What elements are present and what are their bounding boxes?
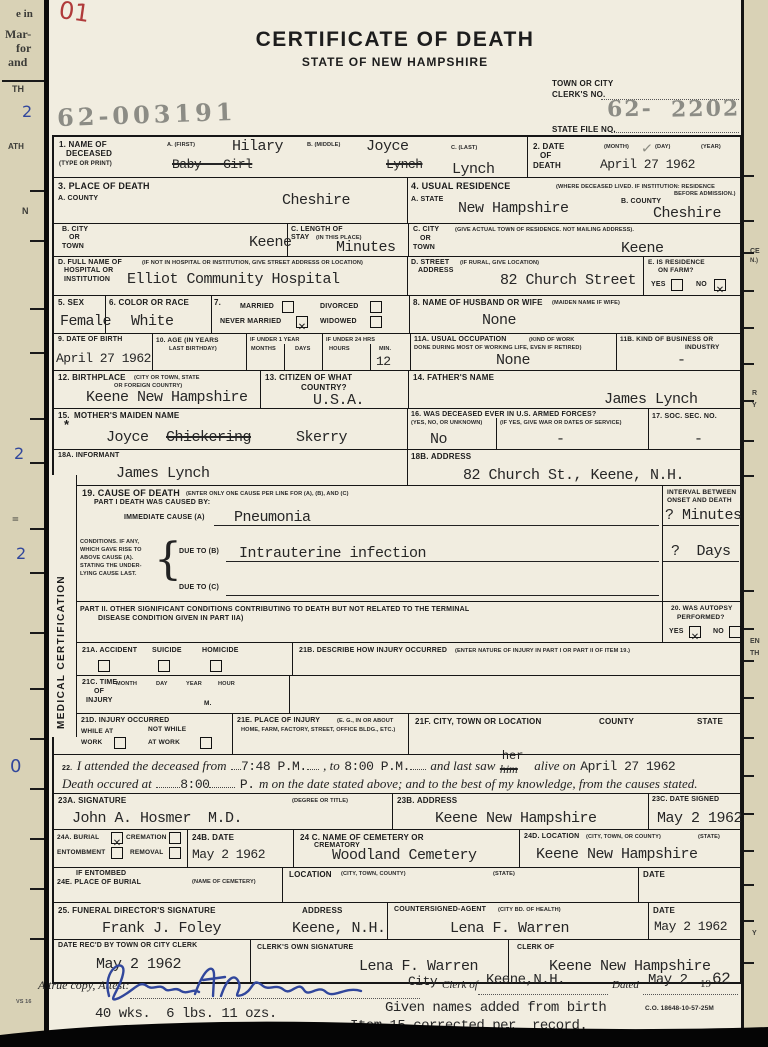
scanned-death-certificate: e in Mar- for and TH 2 ATH N 2 = 2 0 01 …	[0, 0, 768, 1047]
dod-label-3: DEATH	[533, 161, 561, 170]
margin-fragment: =	[12, 512, 19, 527]
year-col-label: YEAR	[186, 681, 202, 687]
agent-value: Lena F. Warren	[450, 920, 569, 937]
interval-a-value: ? Minutes	[665, 507, 742, 524]
hours-label: HOURS	[329, 346, 350, 352]
time-injury-label: 21C. TIME	[82, 679, 117, 686]
field-date-signed: 23C. DATE SIGNED May 2 1962	[649, 794, 740, 829]
town-or-city-label: TOWN OR CITY	[552, 79, 613, 88]
city-label-3: TOWN	[62, 243, 84, 250]
homicide-label: HOMICIDE	[202, 647, 239, 654]
residence-city-label-2: OR	[420, 235, 431, 242]
field-interval-onset-death: INTERVAL BETWEEN ONSET AND DEATH ? Minut…	[663, 486, 740, 601]
burial-date-label: 24B. DATE	[192, 833, 234, 842]
physician-address-value: Keene New Hampshire	[435, 810, 597, 827]
mother-label: MOTHER'S MAIDEN NAME	[74, 411, 179, 420]
forces-note-1: (YES, NO, OR UNKNOWN)	[411, 420, 482, 426]
row-mother-forces-ssn: 15. MOTHER'S MAIDEN NAME * Joyce Chicker…	[54, 409, 740, 450]
clerk-handwritten-signature	[95, 950, 370, 1008]
field-countersigned-agent: COUNTERSIGNED-AGENT (CITY BD. OF HEALTH)…	[388, 903, 649, 939]
field-kind-of-business: 11B. KIND OF BUSINESS OR INDUSTRY -	[617, 334, 740, 370]
hospital-label-3: INSTITUTION	[64, 276, 110, 283]
min-label: MIN.	[379, 346, 391, 352]
year-label: (YEAR)	[701, 144, 721, 150]
row-sex-race-marital: 5. SEX Female 6. COLOR OR RACE White 7. …	[54, 296, 740, 334]
row-name-date: 1. NAME OF DECEASED (TYPE OR PRINT) A. (…	[54, 137, 740, 178]
entombed-location-note: (CITY, TOWN, COUNTY)	[341, 871, 406, 877]
suicide-label: SUICIDE	[152, 647, 182, 654]
time-injury-label-2: OF	[94, 688, 104, 695]
right-fragment: EN	[750, 638, 760, 645]
fd-date-label: DATE	[653, 906, 675, 915]
removal-label: REMOVAL	[130, 849, 163, 856]
farm-label: E. IS RESIDENCE	[648, 259, 705, 266]
statement-text-4: alive on	[534, 758, 576, 773]
funeral-director-value: Frank J. Foley	[102, 920, 221, 937]
form-number: VS 16	[16, 999, 31, 1005]
burial-date-value: May 2 1962	[192, 847, 265, 862]
attended-from-value: 7:48 P.M.	[241, 759, 307, 774]
forces-value-2: -	[556, 431, 565, 448]
day-col-label: DAY	[156, 681, 168, 687]
field-injury-city: 21F. CITY, TOWN OR LOCATION COUNTY STATE	[409, 714, 740, 754]
margin-fragment: and	[8, 55, 27, 70]
field-place-of-death: 3. PLACE OF DEATH A. COUNTY Cheshire	[54, 178, 408, 223]
row-birth-age-occupation: 9. DATE OF BIRTH April 27 1962 10. AGE (…	[54, 334, 740, 371]
hospital-value: Elliot Community Hospital	[127, 271, 340, 288]
months-days-divider	[284, 344, 285, 370]
field-city-of-death: B. CITY OR TOWN Keene	[54, 224, 288, 256]
field-injury-at-work: 21D. INJURY OCCURRED WHILE AT NOT WHILE …	[54, 714, 233, 754]
statement-text-2: , to	[323, 758, 340, 773]
citizen-label: 13. CITIZEN OF WHAT	[265, 373, 352, 382]
never-married-label: NEVER MARRIED	[220, 318, 281, 325]
x-mark-icon: ✕	[691, 632, 699, 643]
farm-no-label: NO	[696, 281, 707, 288]
injury-state-label: STATE	[697, 717, 723, 726]
place-injury-label: 21E. PLACE OF INJURY	[237, 717, 320, 724]
scan-bottom-edge	[0, 1021, 768, 1047]
field-citizen: 13. CITIZEN OF WHAT COUNTRY? U.S.A.	[261, 371, 409, 408]
sex-label: 5. SEX	[58, 298, 84, 307]
forces-label: 16. WAS DECEASED EVER IN U.S. ARMED FORC…	[411, 411, 596, 418]
city-typed: City	[408, 974, 437, 989]
citizen-value: U.S.A.	[313, 392, 364, 409]
county-value: Cheshire	[282, 192, 350, 209]
field-fathers-name: 14. FATHER'S NAME James Lynch	[409, 371, 740, 408]
married-checkbox	[282, 301, 294, 313]
month-col-label: MONTH	[116, 681, 137, 687]
autopsy-no-checkbox	[729, 626, 741, 638]
last-name-label: C. (LAST)	[451, 145, 477, 151]
cemetery-name-note: (NAME OF CEMETERY)	[192, 879, 256, 885]
field-date-of-birth: 9. DATE OF BIRTH April 27 1962	[54, 334, 153, 370]
residence-city-value: Keene	[621, 240, 664, 257]
place-of-burial-label: 24E. PLACE OF BURIAL	[57, 879, 141, 886]
field-armed-forces: 16. WAS DECEASED EVER IN U.S. ARMED FORC…	[408, 409, 649, 449]
cause-label: 19. CAUSE OF DEATH	[82, 488, 180, 498]
burial-label: 24A. BURIAL	[57, 834, 99, 841]
print-code: C.O. 18648-10-57-25M	[645, 1005, 714, 1012]
year-printed: 19	[700, 978, 711, 990]
autopsy-yes-checkbox: ✕	[689, 626, 701, 638]
statement-number: 22.	[62, 765, 72, 772]
cause-a-value: Pneumonia	[234, 509, 311, 526]
clerk-of-italic: Clerk of	[442, 979, 478, 991]
pencil-check-icon: ✓	[640, 140, 653, 157]
work-label: WORK	[81, 739, 102, 746]
agent-label: COUNTERSIGNED-AGENT	[394, 906, 486, 913]
margin-handwriting: 2	[16, 544, 26, 563]
field-residence-on-farm: E. IS RESIDENCE ON FARM? YES NO ✕	[644, 257, 740, 295]
margin-fragment: TH	[12, 84, 24, 94]
cause-b-value: Intrauterine infection	[239, 545, 426, 562]
under-24hr-label: IF UNDER 24 HRS	[326, 337, 375, 343]
row-part2-autopsy: PART II. OTHER SIGNIFICANT CONDITIONS CO…	[54, 602, 740, 643]
field-birthplace: 12. BIRTHPLACE (CITY OR TOWN, STATE OR F…	[54, 371, 261, 408]
statement-text-3: and last saw	[430, 758, 495, 773]
street-value: 82 Church Street	[500, 272, 636, 289]
field-name-of-deceased: 1. NAME OF DECEASED (TYPE OR PRINT) A. (…	[54, 137, 528, 177]
burial-location-state-note: (STATE)	[698, 834, 720, 840]
month-label: (MONTH)	[604, 144, 629, 150]
due-to-c-label: DUE TO (C)	[179, 584, 219, 591]
under-1yr-label: IF UNDER 1 YEAR	[250, 337, 300, 343]
dod-label-2: OF	[540, 151, 552, 160]
field-burial-type: 24A. BURIAL ✕ CREMATION ENTOMBMENT REMOV…	[54, 830, 188, 867]
field-informant-address: 18B. ADDRESS 82 Church St., Keene, N.H.	[408, 450, 740, 485]
forces-note-2: (IF YES, GIVE WAR OR DATES OF SERVICE)	[500, 420, 622, 426]
field-marital-status: 7. MARRIED DIVORCED NEVER MARRIED ✕ WIDO…	[212, 296, 410, 333]
birthplace-note: (CITY OR TOWN, STATE	[134, 375, 200, 381]
not-at-work-checkbox	[200, 737, 212, 749]
field-soc-sec-no: 17. SOC. SEC. NO. -	[649, 409, 740, 449]
hour-col-label: HOUR	[218, 681, 235, 687]
place-injury-note-2: HOME, FARM, FACTORY, STREET, OFFICE BLDG…	[241, 727, 395, 733]
name-label-3: (TYPE OR PRINT)	[59, 161, 112, 167]
while-at-label: WHILE AT	[81, 728, 113, 735]
cause-note: (ENTER ONLY ONE CAUSE PER LINE FOR (A), …	[186, 491, 349, 497]
sex-value: Female	[60, 313, 111, 330]
forces-value: No	[430, 431, 447, 448]
street-note: (IF RURAL, GIVE LOCATION)	[460, 260, 539, 266]
homicide-checkbox	[210, 660, 222, 672]
field-residence-city: C. CITY (GIVE ACTUAL TOWN OF RESIDENCE. …	[409, 224, 740, 256]
field-hospital: D. FULL NAME OF HOSPITAL OR INSTITUTION …	[54, 257, 408, 295]
margin-handwriting: 2	[22, 102, 32, 121]
field-place-of-burial: IF ENTOMBED 24E. PLACE OF BURIAL (NAME O…	[54, 868, 283, 902]
informant-address-label: 18B. ADDRESS	[411, 452, 471, 461]
row-physician-signature: 23A. SIGNATURE (DEGREE OR TITLE) John A.…	[54, 794, 740, 830]
field-usual-residence: 4. USUAL RESIDENCE (WHERE DECEASED LIVED…	[408, 178, 740, 223]
describe-injury-label: 21B. DESCRIBE HOW INJURY OCCURRED	[299, 647, 447, 654]
dated-label: Dated	[612, 979, 639, 991]
hospital-note: (IF NOT IN HOSPITAL OR INSTITUTION, GIVE…	[142, 260, 363, 266]
race-label: 6. COLOR OR RACE	[109, 298, 189, 307]
industry-value: -	[677, 352, 686, 369]
annotation-given-names: Given names added from birth	[385, 1000, 606, 1016]
footer-place-value: Keene,N.H.	[486, 972, 565, 988]
row-birthplace-citizen-father: 12. BIRTHPLACE (CITY OR TOWN, STATE OR F…	[54, 371, 740, 409]
burial-location-label: 24D. LOCATION	[524, 833, 579, 840]
widowed-checkbox	[370, 316, 382, 328]
state-file-stamp: 62-003191	[57, 97, 237, 132]
birth-weights-value: 40 wks. 6 lbs. 11 ozs.	[95, 1006, 277, 1022]
middle-name-label: B. (MIDDLE)	[307, 142, 340, 148]
field-place-of-injury: 21E. PLACE OF INJURY (E. G., IN OR ABOUT…	[233, 714, 409, 754]
dod-value: April 27 1962	[600, 157, 695, 172]
farm-label-2: ON FARM?	[658, 267, 694, 274]
name-label-2: DECEASED	[66, 149, 112, 158]
field-burial-location: 24D. LOCATION (CITY, TOWN, OR COUNTY) (S…	[520, 830, 740, 867]
divorced-label: DIVORCED	[320, 303, 359, 310]
farm-yes-checkbox	[671, 279, 683, 291]
cremation-checkbox	[169, 832, 181, 844]
x-mark-icon: ✕	[716, 285, 724, 296]
her-typed: her	[502, 749, 524, 763]
death-occurred-text: Death occured at	[62, 776, 152, 791]
margin-fragment: N	[22, 206, 29, 216]
first-name-value: Hilary	[232, 138, 283, 155]
farm-no-checkbox: ✕	[714, 279, 726, 291]
death-occurred-text-2: m on the date stated above; and to the b…	[259, 776, 698, 791]
street-label-2: ADDRESS	[418, 267, 454, 274]
field-part2: PART II. OTHER SIGNIFICANT CONDITIONS CO…	[54, 602, 663, 642]
margin-rule	[2, 80, 44, 82]
occupation-note-2: DONE DURING MOST OF WORKING LIFE, EVEN I…	[414, 345, 582, 351]
right-fragment: R	[752, 390, 757, 397]
interval-label-2: ONSET AND DEATH	[667, 497, 732, 504]
last-seen-date-value: April 27 1962	[580, 759, 675, 774]
usual-residence-note: (WHERE DECEASED LIVED. IF INSTITUTION: R…	[556, 184, 715, 190]
row-attended-statement: 22. I attended the deceased from 7:48 P.…	[54, 755, 740, 794]
residence-city-note: (GIVE ACTUAL TOWN OF RESIDENCE. NOT MAIL…	[455, 227, 634, 233]
at-work-label-2: AT WORK	[148, 739, 180, 746]
days-label: DAYS	[295, 346, 310, 352]
due-to-b-label: DUE TO (B)	[179, 548, 219, 555]
birthplace-label: 12. BIRTHPLACE	[58, 373, 126, 382]
dob-label: 9. DATE OF BIRTH	[58, 336, 123, 343]
certificate-subtitle: STATE OF NEW HAMPSHIRE	[49, 55, 741, 69]
margin-fragment: for	[16, 41, 31, 56]
hospital-label: D. FULL NAME OF	[58, 259, 122, 266]
death-meridiem-value: P.	[240, 777, 255, 792]
name-label: 1. NAME OF	[59, 140, 107, 149]
city-label: B. CITY	[62, 226, 88, 233]
clerk-of-label: CLERK OF	[517, 944, 554, 951]
dob-value: April 27 1962	[56, 351, 151, 366]
row-injury-place: 21D. INJURY OCCURRED WHILE AT NOT WHILE …	[54, 714, 740, 755]
clerks-no-stamp-2: 2202	[671, 95, 741, 122]
at-work-checkbox	[114, 737, 126, 749]
row-hospital-street: D. FULL NAME OF HOSPITAL OR INSTITUTION …	[54, 257, 740, 296]
time-injury-divider	[289, 676, 290, 713]
burial-location-note: (CITY, TOWN, OR COUNTY)	[586, 834, 661, 840]
field-attended-statement: 22. I attended the deceased from 7:48 P.…	[54, 755, 740, 793]
spouse-label: 8. NAME OF HUSBAND OR WIFE	[413, 298, 543, 307]
agent-note: (CITY BD. OF HEALTH)	[498, 907, 561, 913]
row-accident-injury: 21A. ACCIDENT SUICIDE HOMICIDE 21B. DESC…	[54, 643, 740, 676]
not-while-label: NOT WHILE	[148, 726, 186, 733]
field-physician-signature: 23A. SIGNATURE (DEGREE OR TITLE) John A.…	[54, 794, 393, 829]
fd-address-label: ADDRESS	[302, 906, 343, 915]
attended-to-value: 8:00 P.M.	[344, 759, 410, 774]
informant-address-value: 82 Church St., Keene, N.H.	[463, 467, 684, 484]
injury-county-label: COUNTY	[599, 717, 634, 726]
field-if-under-24-hrs: IF UNDER 24 HRS HOURS MIN. 12	[323, 334, 411, 370]
occupation-label: 11A. USUAL OCCUPATION	[414, 336, 507, 343]
field-entombed-location: LOCATION (CITY, TOWN, COUNTY) (STATE)	[283, 868, 639, 902]
right-fragment: Y	[752, 402, 757, 409]
margin-fragment: ATH	[8, 142, 24, 151]
conditions-note-1: CONDITIONS. IF ANY,	[80, 539, 139, 545]
cemetery-label: 24 C. NAME OF CEMETERY OR	[300, 833, 424, 842]
city-label-2: OR	[69, 234, 80, 241]
field-date-of-death: 2. DATE OF DEATH (MONTH) ✓ (DAY) (YEAR) …	[528, 137, 740, 177]
field-cause-of-death: 19. CAUSE OF DEATH (ENTER ONLY ONE CAUSE…	[54, 486, 663, 601]
mother-struck: Chickering	[166, 429, 251, 446]
right-page-edge: CE N.) R Y EN TH Y	[741, 0, 768, 1047]
removal-checkbox	[169, 847, 181, 859]
row-time-of-injury: 21C. TIME OF INJURY MONTH DAY YEAR HOUR …	[54, 676, 740, 714]
age-label-2: LAST BIRTHDAY)	[169, 346, 217, 352]
part2-label-2: DISEASE CONDITION GIVEN IN PART IIA)	[98, 615, 244, 622]
residence-county-label: B. COUNTY	[621, 198, 661, 205]
place-dotline	[478, 994, 608, 995]
right-fragment: TH	[750, 650, 759, 657]
autopsy-label-1: 20. WAS AUTOPSY	[671, 605, 733, 612]
row-informant: 18A. INFORMANT James Lynch 18B. ADDRESS …	[54, 450, 740, 486]
her-him-correction: herhim	[500, 758, 530, 772]
fd-date-value: May 2 1962	[654, 919, 727, 934]
burial-checkbox: ✕	[111, 832, 123, 844]
field-entombed-date: DATE	[639, 868, 740, 902]
if-entombed-label: IF ENTOMBED	[76, 870, 126, 877]
medical-certification-strip: MEDICAL CERTIFICATION	[52, 475, 77, 737]
spouse-note: (MAIDEN NAME IF WIFE)	[552, 300, 620, 306]
date-signed-value: May 2 1962	[657, 810, 742, 827]
asterisk-mark: *	[64, 417, 69, 432]
place-of-death-label: 3. PLACE OF DEATH	[58, 181, 150, 191]
stay-value: Minutes	[336, 239, 396, 256]
field-street-address: D. STREET ADDRESS (IF RURAL, GIVE LOCATI…	[408, 257, 644, 295]
field-burial-date: 24B. DATE May 2 1962	[188, 830, 294, 867]
field-usual-occupation: 11A. USUAL OCCUPATION (KIND OF WORK DONE…	[411, 334, 617, 370]
first-name-struck: Baby- -Girl	[172, 157, 252, 172]
date-received-label: DATE REC'D BY TOWN OR CITY CLERK	[58, 942, 197, 949]
stay-label: C. LENGTH OF	[291, 226, 343, 233]
ssn-label: 17. SOC. SEC. NO.	[652, 413, 717, 420]
x-mark-icon: ✕	[298, 322, 306, 333]
interval-b-line	[663, 561, 739, 562]
spouse-value: None	[482, 312, 516, 329]
autopsy-yes-label: YES	[669, 628, 684, 635]
margin-handwriting: 0	[10, 756, 21, 777]
field-describe-injury: 21B. DESCRIBE HOW INJURY OCCURRED (ENTER…	[293, 643, 740, 675]
industry-label: 11B. KIND OF BUSINESS OR	[620, 336, 713, 343]
interval-a-line	[663, 525, 739, 526]
describe-injury-note: (ENTER NATURE OF INJURY IN PART I OR PAR…	[455, 648, 630, 654]
hours-min-divider	[370, 344, 371, 370]
state-file-line	[611, 132, 739, 133]
year-typed: 62	[712, 970, 730, 988]
accident-checkbox	[98, 660, 110, 672]
fd-address-value: Keene, N.H.	[292, 920, 386, 937]
city-value: Keene	[249, 234, 292, 251]
row-if-entombed: IF ENTOMBED 24E. PLACE OF BURIAL (NAME O…	[54, 868, 740, 903]
corner-handwritten-mark: 01	[57, 0, 91, 28]
suicide-checkbox	[158, 660, 170, 672]
interval-label-1: INTERVAL BETWEEN	[667, 489, 736, 496]
part1-label: PART I DEATH WAS CAUSED BY:	[94, 499, 210, 506]
date-signed-label: 23C. DATE SIGNED	[652, 796, 719, 803]
autopsy-no-label: NO	[713, 628, 724, 635]
field-length-of-stay: C. LENGTH OF STAY (IN THIS PLACE) Minute…	[288, 224, 409, 256]
field-accident-suicide-homicide: 21A. ACCIDENT SUICIDE HOMICIDE	[54, 643, 293, 675]
day-label: (DAY)	[655, 144, 671, 150]
usual-residence-label: 4. USUAL RESIDENCE	[411, 181, 510, 191]
dod-label: 2. DATE	[533, 142, 564, 151]
row-cause-of-death: 19. CAUSE OF DEATH (ENTER ONLY ONE CAUSE…	[54, 486, 740, 602]
first-name-label: A. (FIRST)	[167, 142, 195, 148]
death-time-value: 8:00	[180, 777, 209, 792]
widowed-label: WIDOWED	[320, 318, 357, 325]
injury-city-label: 21F. CITY, TOWN OR LOCATION	[415, 717, 541, 726]
clerks-no-label: CLERK'S NO.	[552, 90, 605, 99]
burial-location-value: Keene New Hampshire	[536, 846, 698, 863]
accident-label: 21A. ACCIDENT	[82, 647, 137, 654]
age-label: 10. AGE (IN YEARS	[156, 337, 219, 344]
entombment-checkbox	[111, 847, 123, 859]
row-burial: 24A. BURIAL ✕ CREMATION ENTOMBMENT REMOV…	[54, 830, 740, 868]
field-sex: 5. SEX Female	[54, 296, 106, 333]
middle-name-struck: Lynch	[386, 157, 423, 172]
cemetery-value: Woodland Cemetery	[332, 847, 477, 864]
informant-value: James Lynch	[116, 465, 210, 482]
min-value: 12	[376, 354, 391, 369]
months-label: MONTHS	[251, 346, 276, 352]
residence-county-value: Cheshire	[653, 205, 721, 222]
part2-label-1: PART II. OTHER SIGNIFICANT CONDITIONS CO…	[80, 606, 469, 613]
interval-b-value: ? Days	[671, 543, 731, 560]
physician-signature-value: John A. Hosmer M.D.	[72, 810, 242, 827]
state-label: A. STATE	[411, 196, 443, 203]
ssn-value: -	[694, 431, 703, 448]
field-physician-address: 23B. ADDRESS Keene New Hampshire	[393, 794, 649, 829]
field-fd-date: DATE May 2 1962	[649, 903, 740, 939]
state-value: New Hampshire	[458, 200, 569, 217]
margin-fragment: Mar-	[5, 27, 31, 42]
birthplace-value: Keene New Hampshire	[86, 389, 248, 406]
time-injury-label-3: INJURY	[86, 697, 113, 704]
autopsy-label-2: PERFORMED?	[677, 614, 725, 621]
field-husband-wife: 8. NAME OF HUSBAND OR WIFE (MAIDEN NAME …	[410, 296, 740, 333]
entombed-location-label: LOCATION	[289, 870, 332, 879]
certificate-form: 1. NAME OF DECEASED (TYPE OR PRINT) A. (…	[52, 135, 742, 984]
left-page-edge: e in Mar- for and TH 2 ATH N 2 = 2 0	[0, 0, 49, 1047]
row-place-residence: 3. PLACE OF DEATH A. COUNTY Cheshire 4. …	[54, 178, 740, 224]
field-color-race: 6. COLOR OR RACE White	[106, 296, 212, 333]
father-value: James Lynch	[604, 391, 698, 408]
injury-occurred-label: 21D. INJURY OCCURRED	[81, 717, 169, 724]
last-name-value: Lynch	[452, 161, 495, 178]
statement-text-1: I attended the deceased from	[77, 758, 227, 773]
margin-fragment: e in	[16, 8, 33, 20]
field-autopsy: 20. WAS AUTOPSY PERFORMED? YES ✕ NO	[663, 602, 740, 642]
never-married-checkbox: ✕	[296, 316, 308, 328]
hospital-label-2: HOSPITAL OR	[64, 267, 113, 274]
marital-label: 7.	[214, 298, 221, 307]
